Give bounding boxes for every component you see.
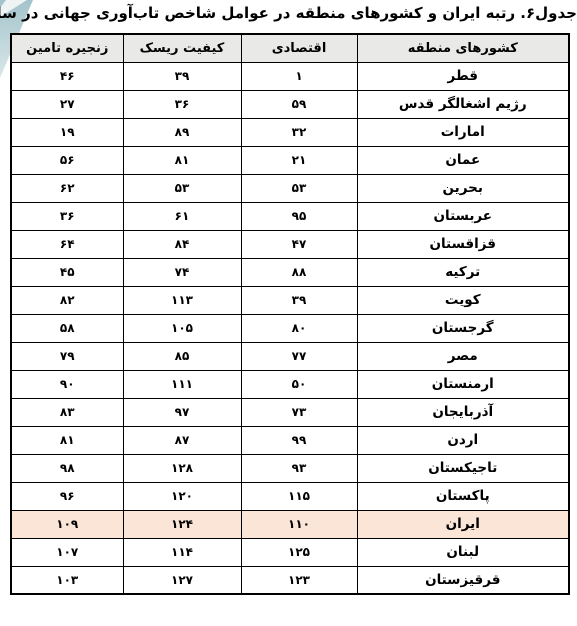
- risk-quality-cell: ۱۰۵: [123, 314, 241, 342]
- supply-chain-cell: ۸۳: [11, 398, 123, 426]
- supply-chain-cell: ۴۵: [11, 258, 123, 286]
- column-header-risk-quality: کیفیت ریسک: [123, 34, 241, 62]
- country-cell: تاجیکستان: [357, 454, 569, 482]
- country-cell: پاکستان: [357, 482, 569, 510]
- table-row: بحرین۵۳۵۳۶۲: [11, 174, 569, 202]
- economic-cell: ۸۰: [241, 314, 357, 342]
- supply-chain-cell: ۵۶: [11, 146, 123, 174]
- country-cell: بحرین: [357, 174, 569, 202]
- economic-cell: ۳۲: [241, 118, 357, 146]
- table-row: قرقیزستان۱۲۳۱۲۷۱۰۳: [11, 566, 569, 594]
- supply-chain-cell: ۱۰۷: [11, 538, 123, 566]
- risk-quality-cell: ۶۱: [123, 202, 241, 230]
- country-cell: امارات: [357, 118, 569, 146]
- table-row: آذربایجان۷۳۹۷۸۳: [11, 398, 569, 426]
- supply-chain-cell: ۴۶: [11, 62, 123, 90]
- supply-chain-cell: ۳۶: [11, 202, 123, 230]
- risk-quality-cell: ۸۱: [123, 146, 241, 174]
- supply-chain-cell: ۲۷: [11, 90, 123, 118]
- table-row: قطر۱۳۹۴۶: [11, 62, 569, 90]
- country-cell: عربستان: [357, 202, 569, 230]
- country-cell: رژیم اشغالگر قدس: [357, 90, 569, 118]
- risk-quality-cell: ۱۱۱: [123, 370, 241, 398]
- risk-quality-cell: ۸۴: [123, 230, 241, 258]
- risk-quality-cell: ۱۲۷: [123, 566, 241, 594]
- country-cell: ایران: [357, 510, 569, 538]
- country-cell: لبنان: [357, 538, 569, 566]
- country-cell: کویت: [357, 286, 569, 314]
- economic-cell: ۹۳: [241, 454, 357, 482]
- country-cell: اردن: [357, 426, 569, 454]
- risk-quality-cell: ۵۳: [123, 174, 241, 202]
- risk-quality-cell: ۹۷: [123, 398, 241, 426]
- economic-cell: ۱۱۰: [241, 510, 357, 538]
- supply-chain-cell: ۸۱: [11, 426, 123, 454]
- table-row: لبنان۱۲۵۱۱۴۱۰۷: [11, 538, 569, 566]
- economic-cell: ۵۰: [241, 370, 357, 398]
- country-cell: گرجستان: [357, 314, 569, 342]
- supply-chain-cell: ۹۶: [11, 482, 123, 510]
- risk-quality-cell: ۳۹: [123, 62, 241, 90]
- table-row: امارات۳۲۸۹۱۹: [11, 118, 569, 146]
- risk-quality-cell: ۸۷: [123, 426, 241, 454]
- economic-cell: ۱۲۳: [241, 566, 357, 594]
- table-row: ارمنستان۵۰۱۱۱۹۰: [11, 370, 569, 398]
- risk-quality-cell: ۷۴: [123, 258, 241, 286]
- risk-quality-cell: ۱۲۴: [123, 510, 241, 538]
- economic-cell: ۷۷: [241, 342, 357, 370]
- table-row: ایران۱۱۰۱۲۴۱۰۹: [11, 510, 569, 538]
- economic-cell: ۹۵: [241, 202, 357, 230]
- risk-quality-cell: ۱۲۰: [123, 482, 241, 510]
- risk-quality-cell: ۱۲۸: [123, 454, 241, 482]
- country-cell: عمان: [357, 146, 569, 174]
- table-row: مصر۷۷۸۵۷۹: [11, 342, 569, 370]
- table-row: تاجیکستان۹۳۱۲۸۹۸: [11, 454, 569, 482]
- economic-cell: ۵۳: [241, 174, 357, 202]
- supply-chain-cell: ۶۴: [11, 230, 123, 258]
- column-header-country: کشورهای منطقه: [357, 34, 569, 62]
- table-title: جدول۶. رتبه ایران و کشورهای منطقه در عوا…: [0, 4, 577, 22]
- resilience-rank-table: کشورهای منطقه اقتصادی کیفیت ریسک زنجیره …: [10, 33, 570, 595]
- country-cell: ارمنستان: [357, 370, 569, 398]
- economic-cell: ۴۷: [241, 230, 357, 258]
- table-row: گرجستان۸۰۱۰۵۵۸: [11, 314, 569, 342]
- country-cell: آذربایجان: [357, 398, 569, 426]
- country-cell: قزاقستان: [357, 230, 569, 258]
- supply-chain-cell: ۱۰۹: [11, 510, 123, 538]
- table-row: کویت۳۹۱۱۳۸۲: [11, 286, 569, 314]
- risk-quality-cell: ۸۵: [123, 342, 241, 370]
- supply-chain-cell: ۸۲: [11, 286, 123, 314]
- supply-chain-cell: ۹۰: [11, 370, 123, 398]
- country-cell: ترکیه: [357, 258, 569, 286]
- supply-chain-cell: ۹۸: [11, 454, 123, 482]
- risk-quality-cell: ۳۶: [123, 90, 241, 118]
- header-row: کشورهای منطقه اقتصادی کیفیت ریسک زنجیره …: [11, 34, 569, 62]
- supply-chain-cell: ۷۹: [11, 342, 123, 370]
- table-row: قزاقستان۴۷۸۴۶۴: [11, 230, 569, 258]
- table-row: ترکیه۸۸۷۴۴۵: [11, 258, 569, 286]
- document-page: { "title": "جدول۶. رتبه ایران و کشورهای …: [0, 0, 577, 626]
- table-row: عربستان۹۵۶۱۳۶: [11, 202, 569, 230]
- risk-quality-cell: ۱۱۴: [123, 538, 241, 566]
- table-row: پاکستان۱۱۵۱۲۰۹۶: [11, 482, 569, 510]
- supply-chain-cell: ۱۰۳: [11, 566, 123, 594]
- table-row: اردن۹۹۸۷۸۱: [11, 426, 569, 454]
- column-header-economic: اقتصادی: [241, 34, 357, 62]
- supply-chain-cell: ۵۸: [11, 314, 123, 342]
- table-row: عمان۲۱۸۱۵۶: [11, 146, 569, 174]
- country-cell: مصر: [357, 342, 569, 370]
- risk-quality-cell: ۱۱۳: [123, 286, 241, 314]
- economic-cell: ۹۹: [241, 426, 357, 454]
- country-cell: قرقیزستان: [357, 566, 569, 594]
- table-row: رژیم اشغالگر قدس۵۹۳۶۲۷: [11, 90, 569, 118]
- economic-cell: ۵۹: [241, 90, 357, 118]
- economic-cell: ۷۳: [241, 398, 357, 426]
- supply-chain-cell: ۶۲: [11, 174, 123, 202]
- column-header-supply-chain: زنجیره تامین: [11, 34, 123, 62]
- economic-cell: ۱: [241, 62, 357, 90]
- economic-cell: ۳۹: [241, 286, 357, 314]
- country-cell: قطر: [357, 62, 569, 90]
- economic-cell: ۲۱: [241, 146, 357, 174]
- risk-quality-cell: ۸۹: [123, 118, 241, 146]
- economic-cell: ۸۸: [241, 258, 357, 286]
- economic-cell: ۱۱۵: [241, 482, 357, 510]
- supply-chain-cell: ۱۹: [11, 118, 123, 146]
- economic-cell: ۱۲۵: [241, 538, 357, 566]
